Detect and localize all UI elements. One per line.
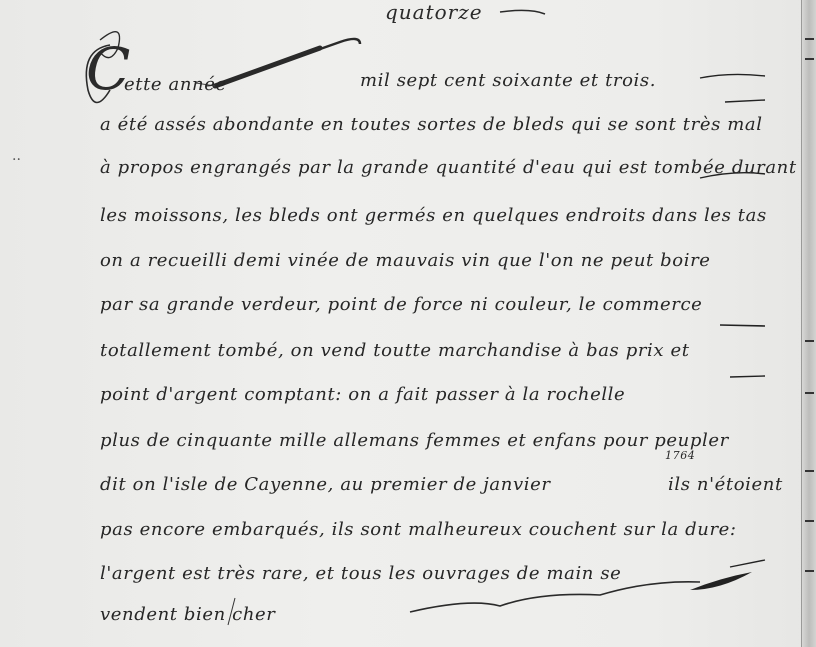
text-line-12: l'argent est très rare, et tous les ouvr… <box>100 563 621 584</box>
page-heading: quatorze <box>385 0 483 24</box>
superscript-year: 1764 <box>665 449 695 462</box>
text-line-10b: ils n'étoient <box>668 474 783 495</box>
text-line-8: point d'argent comptant: on a fait passe… <box>100 384 625 405</box>
margin-mark: .. <box>12 148 21 164</box>
document-page: quatorze C .. ette année mil sept cent s… <box>0 0 816 647</box>
text-line-5: on a recueilli demi vinée de mauvais vin… <box>100 250 711 271</box>
adjacent-page-marks <box>802 0 816 647</box>
text-line-6: par sa grande verdeur, point de force ni… <box>100 294 702 315</box>
text-line-11: pas encore embarqués, ils sont malheureu… <box>100 519 737 540</box>
text-line-9: plus de cinquante mille allemans femmes … <box>100 430 729 451</box>
text-line-10a: dit on l'isle de Cayenne, au premier de … <box>100 474 551 495</box>
text-line-3: à propos engrangés par la grande quantit… <box>100 157 797 178</box>
text-line-1b: mil sept cent soixante et trois. <box>360 70 656 91</box>
text-line-2: a été assés abondante en toutes sortes d… <box>100 114 763 135</box>
text-line-7: totallement tombé, on vend toutte marcha… <box>100 340 690 361</box>
text-line-4: les moissons, les bleds ont germés en qu… <box>100 205 767 226</box>
text-line-13: vendent bien cher <box>100 604 276 625</box>
text-line-1a: ette année <box>124 74 227 95</box>
